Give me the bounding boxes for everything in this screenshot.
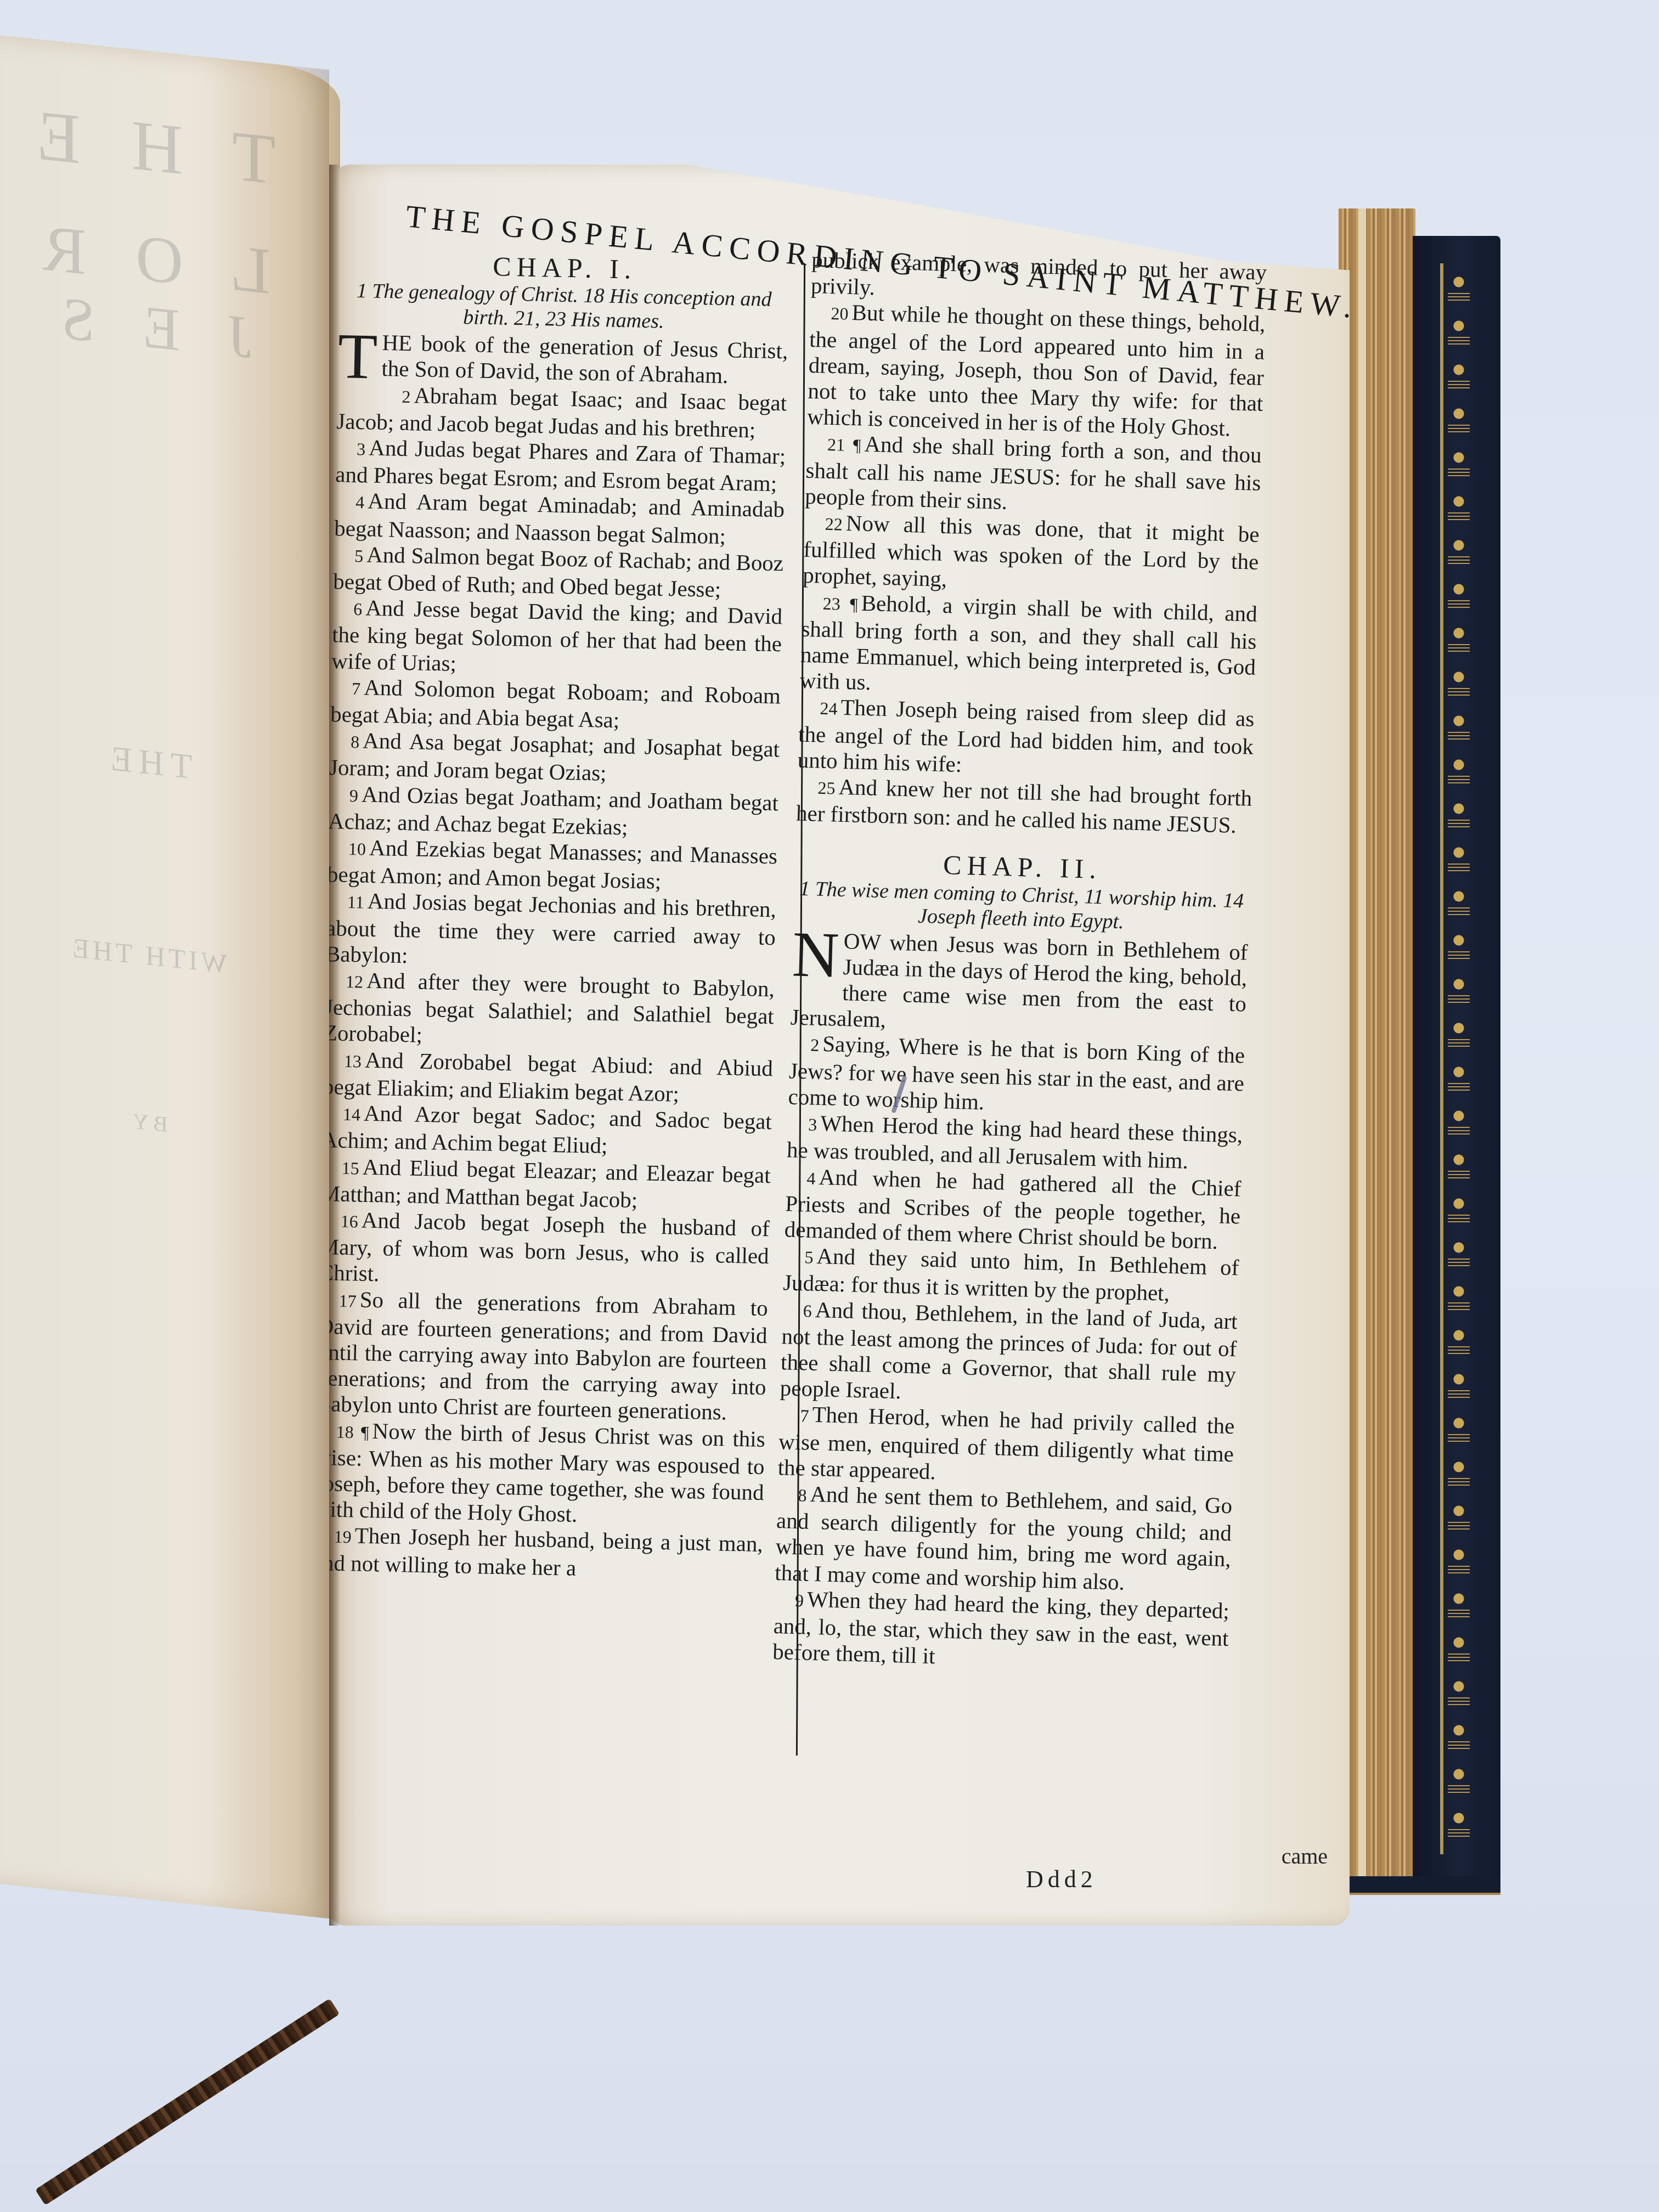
verse-text: And Azor begat Sadoc; and Sadoc begat Ac… bbox=[321, 1101, 772, 1159]
verse-text: And Aram begat Aminadab; and Aminadab be… bbox=[334, 488, 785, 549]
verse-text: Then Joseph her husband, being a just ma… bbox=[312, 1523, 763, 1581]
verse-number: 2 bbox=[810, 1035, 820, 1055]
verse-number: 8 bbox=[798, 1485, 807, 1505]
book-cover-board bbox=[1413, 236, 1500, 1882]
verse-number: 8 bbox=[351, 732, 360, 752]
verse-text: And Ezekias begat Manasses; and Manasses… bbox=[327, 835, 778, 894]
verse-text: Now all this was done, that it might be … bbox=[803, 510, 1260, 592]
verse: 9When they had heard the king, they depa… bbox=[772, 1585, 1230, 1678]
verse-number: 4 bbox=[356, 493, 365, 512]
verse-number: 4 bbox=[806, 1168, 816, 1188]
verse-text: OW when Jesus was born in Bethlehem of J… bbox=[790, 928, 1248, 1032]
verse-text: And Josias begat Jechonias and his breth… bbox=[325, 888, 777, 968]
verse: 19Then Joseph her husband, being a just … bbox=[312, 1522, 763, 1585]
verse-number: 7 bbox=[352, 679, 361, 698]
verse-text: And Jesse begat David the king; and Davi… bbox=[331, 595, 783, 676]
verse: 6And Jesse begat David the king; and Dav… bbox=[331, 595, 783, 684]
verse-text: And Salmon begat Booz of Rachab; and Boo… bbox=[333, 541, 784, 602]
verse: 18 ¶Now the birth of Jesus Christ was on… bbox=[313, 1417, 765, 1531]
drop-cap: N bbox=[792, 929, 840, 980]
verse-number: 13 bbox=[344, 1051, 362, 1071]
verse: 14And Azor begat Sadoc; and Sadoc begat … bbox=[321, 1099, 772, 1163]
verse-number: 2 bbox=[402, 386, 411, 406]
verse: 11And Josias begat Jechonias and his bre… bbox=[325, 888, 777, 977]
verse: 16And Jacob begat Joseph the husband of … bbox=[318, 1206, 770, 1295]
verse-number: 9 bbox=[795, 1590, 804, 1610]
verse: 9And Ozias begat Joatham; and Joatham be… bbox=[328, 781, 779, 844]
verse-number: 14 bbox=[343, 1104, 361, 1125]
verse-text: And he sent them to Bethlehem, and said,… bbox=[775, 1481, 1233, 1595]
verse-text: Then Herod, when he had privily called t… bbox=[777, 1402, 1235, 1484]
verse: 2Saying, Where is he that is born King o… bbox=[788, 1030, 1245, 1122]
verse: 20But while he thought on these things, … bbox=[807, 298, 1266, 442]
text-column-right: publick example, was minded to put her a… bbox=[772, 247, 1267, 1678]
verse-number: 3 bbox=[357, 439, 366, 459]
page-edge-gap bbox=[1358, 208, 1366, 1882]
verse-number: 24 bbox=[820, 698, 838, 719]
verse-number: 3 bbox=[808, 1115, 817, 1135]
verse-text: When they had heard the king, they depar… bbox=[772, 1586, 1230, 1668]
verse: 6And thou, Bethlehem, in the land of Jud… bbox=[780, 1296, 1238, 1414]
verse-text: But while he thought on these things, be… bbox=[807, 300, 1266, 441]
verse-number: 23 ¶ bbox=[822, 593, 858, 614]
verse-text: Saying, Where is he that is born King of… bbox=[788, 1031, 1245, 1115]
signature-mark: Ddd2 bbox=[1026, 1865, 1097, 1893]
verse-number: 18 ¶ bbox=[336, 1421, 369, 1442]
verse: 7Then Herod, when he had privily called … bbox=[777, 1401, 1235, 1493]
verse: 5And Salmon begat Booz of Rachab; and Bo… bbox=[333, 541, 784, 604]
verse-number: 7 bbox=[800, 1406, 809, 1426]
left-page-verso: T H E L O R J E S THE WITH THE BY bbox=[0, 33, 340, 1920]
verse-number: 12 bbox=[346, 972, 364, 992]
verse: 23 ¶Behold, a virgin shall be with child… bbox=[799, 588, 1257, 706]
verse-text: And they said unto him, In Bethlehem of … bbox=[783, 1243, 1239, 1306]
recto-page: THE GOSPEL ACCORDING TO SAINT MATTHEW. C… bbox=[329, 165, 1350, 1926]
verse-text: publick example, was minded to put her a… bbox=[810, 247, 1267, 300]
verse-number: 17 bbox=[338, 1290, 357, 1311]
verse-text: And Ozias begat Joatham; and Joatham beg… bbox=[328, 781, 779, 839]
verse: 15And Eliud begat Eleazar; and Eleazar b… bbox=[320, 1153, 771, 1216]
gilt-border-line bbox=[1440, 263, 1443, 1854]
verse-number: 6 bbox=[803, 1301, 812, 1321]
verse: 4And when he had gathered all the Chief … bbox=[784, 1163, 1242, 1255]
verse-1: T HE book of the generation of Jesus Chr… bbox=[337, 329, 788, 391]
verse-number: 22 bbox=[825, 514, 843, 534]
verse-number: 5 bbox=[804, 1247, 814, 1267]
verse-text: And thou, Bethlehem, in the land of Juda… bbox=[780, 1296, 1238, 1403]
verse-text: And Solomon begat Roboam; and Roboam beg… bbox=[330, 674, 781, 732]
verse-number: 16 bbox=[340, 1211, 358, 1232]
verse: 17So all the generations from Abraham to… bbox=[315, 1286, 768, 1426]
verse: 7And Solomon begat Roboam; and Roboam be… bbox=[330, 674, 781, 737]
verse: 8And Asa begat Josaphat; and Josaphat be… bbox=[329, 727, 780, 790]
verse-text: When Herod the king had heard these thin… bbox=[786, 1110, 1243, 1173]
verse-text: And she shall bring forth a son, and tho… bbox=[805, 431, 1262, 514]
chapter-summary: 1 The genealogy of Christ. 18 His concep… bbox=[338, 279, 789, 336]
verse-text: And knew her not till she had brought fo… bbox=[796, 774, 1252, 838]
verse-number: 6 bbox=[353, 599, 363, 619]
verse-number: 15 bbox=[341, 1158, 359, 1178]
photo-scene: T H E L O R J E S THE WITH THE BY THE GO… bbox=[0, 0, 1659, 2212]
verse-text: And when he had gathered all the Chief P… bbox=[784, 1164, 1242, 1254]
verse-text: HE book of the generation of Jesus Chris… bbox=[381, 330, 788, 388]
text-column-left: CHAP. I. 1 The genealogy of Christ. 18 H… bbox=[301, 247, 790, 1585]
verse: 22Now all this was done, that it might b… bbox=[803, 509, 1260, 601]
verse-number: 21 ¶ bbox=[827, 435, 861, 455]
verse-number: 10 bbox=[348, 839, 366, 859]
verse-text: So all the generations from Abraham to D… bbox=[315, 1286, 768, 1425]
verse-text: And Zorobabel begat Abiud: and Abiud beg… bbox=[322, 1047, 773, 1106]
verse: 12And after they were brought to Babylon… bbox=[323, 967, 775, 1056]
verse-number: 19 bbox=[334, 1527, 352, 1547]
verse: 13And Zorobabel begat Abiud: and Abiud b… bbox=[322, 1046, 773, 1109]
verse-number: 25 bbox=[817, 778, 836, 798]
verse-text: And Eliud begat Eleazar; and Eleazar beg… bbox=[320, 1154, 771, 1212]
verse-text: And Jacob begat Joseph the husband of Ma… bbox=[318, 1207, 770, 1286]
catchword: came bbox=[1282, 1843, 1328, 1869]
cover-bottom-edge bbox=[1339, 1876, 1500, 1895]
verse-text: And after they were brought to Babylon, … bbox=[324, 968, 775, 1048]
verse-text: And Judas begat Phares and Zara of Thama… bbox=[335, 435, 786, 496]
verse-number: 9 bbox=[349, 786, 359, 805]
verse: 2Abraham begat Isaac; and Isaac begat Ja… bbox=[336, 381, 787, 444]
verse-1: N OW when Jesus was born in Bethlehem of… bbox=[790, 927, 1248, 1043]
bookmark-ribbon bbox=[35, 1999, 340, 2205]
verse-number: 5 bbox=[354, 546, 364, 566]
drop-cap: T bbox=[337, 331, 378, 382]
verse-text: And Asa begat Josaphat; and Josaphat beg… bbox=[329, 728, 780, 786]
page-block-fore-edge bbox=[1339, 208, 1415, 1882]
verse-number: 20 bbox=[831, 303, 849, 324]
verse: 24Then Joseph being raised from sleep di… bbox=[797, 693, 1255, 786]
verse: 8And he sent them to Bethlehem, and said… bbox=[775, 1480, 1233, 1598]
verse-text: Behold, a virgin shall be with child, an… bbox=[799, 590, 1257, 695]
verse-number: 11 bbox=[347, 892, 365, 912]
verse-text: Now the birth of Jesus Christ was on thi… bbox=[313, 1418, 765, 1527]
verse-text: Then Joseph being raised from sleep did … bbox=[797, 695, 1255, 777]
verse: 21 ¶And she shall bring forth a son, and… bbox=[805, 430, 1262, 522]
gilt-floral-tooling bbox=[1448, 269, 1470, 1849]
verse: 4And Aram begat Aminadab; and Aminadab b… bbox=[334, 488, 785, 551]
verse: 3And Judas begat Phares and Zara of Tham… bbox=[335, 434, 786, 497]
verse: 10And Ezekias begat Manasses; and Manass… bbox=[327, 834, 778, 897]
